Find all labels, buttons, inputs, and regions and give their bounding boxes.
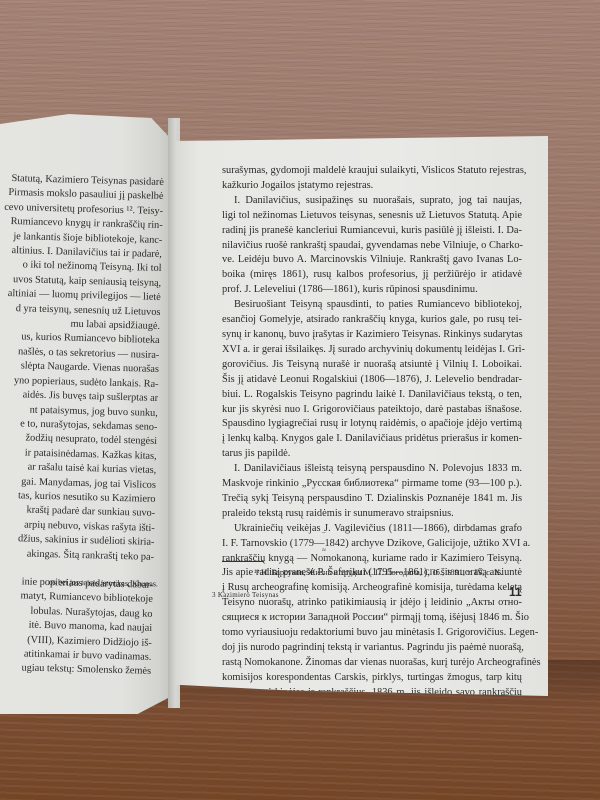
- text-line: komisijos korespondentas Carskis, pirkly…: [222, 671, 522, 686]
- text-line: rankraščių knygą — Nomokanoną, kuriame r…: [222, 552, 522, 567]
- text-line: Maskvoje rinkinio „Русская библиотека“ p…: [222, 477, 522, 492]
- text-line: Besiruošiant Teisyną spausdinti, to pati…: [222, 298, 522, 313]
- text-line: į lenkų kalbą. Knygos gale I. Danilaviči…: [222, 432, 522, 447]
- text-line: Ukrainiečių veikėjas J. Vagilevičius (18…: [222, 522, 522, 537]
- right-page-body-text: surašymas, gydomoji maldelė kraujui sula…: [222, 164, 522, 696]
- text-line: сящиеся к истории Западной России“ pirmą…: [222, 611, 522, 626]
- text-line: boika (miręs 1861), rusų kalbos profesor…: [222, 268, 522, 283]
- text-line: Šis jį atidavė Leonui Rogalskiui (1806—1…: [222, 373, 522, 388]
- text-line: XVI a. ir gerai išsilaikęs. Jį surado ar…: [222, 343, 522, 358]
- text-line: kur jis skyrėsi nuo I. Grigorovičiaus pa…: [222, 403, 522, 418]
- text-line: ve. Leidėju buvo A. Marcinovskis Vilniuj…: [222, 253, 522, 268]
- text-line: ligi tol nežinomas Lietuvos teisynas, se…: [222, 209, 522, 224]
- text-line: rastą Nomokanone. Žinomas dar vienas nuo…: [222, 656, 522, 671]
- text-line: praleido tekstą rusų raidėmis ir sunumer…: [222, 507, 522, 522]
- right-page-footnote: ¹³ Н. Барсуков, Жизнь и труды М. П. Пого…: [254, 568, 502, 577]
- text-line: Trečią sykį Teisyną perspausdino T. Dzia…: [222, 492, 522, 507]
- text-line: doj jis nurodo pagrindinį tekstą ir vari…: [222, 641, 522, 656]
- text-line: radinį jis pranešė kancleriui Rumiancevu…: [222, 224, 522, 239]
- text-line: gorovičius. Jis Teisyną nurašė ir nuoraš…: [222, 358, 522, 373]
- page-number: 11: [509, 585, 522, 599]
- text-line: I. F. Tarnovskio (1779—1842) archyve Dzi…: [222, 537, 522, 552]
- printer-signature: 3 Kazimiero Teisynas: [212, 591, 279, 599]
- text-line: synų ir kanonų, buvo įrašytas ir Kazimie…: [222, 328, 522, 343]
- text-line: I. Danilavičiaus išleistą teisyną perspa…: [222, 462, 522, 477]
- text-line: Spausdino lygiagrečiai rusų ir lotynų ra…: [222, 417, 522, 432]
- text-line: tarus jis papildė.: [222, 447, 522, 462]
- text-line: kažkurio Jogailos įstatymo rejestras.: [222, 179, 522, 194]
- text-line: ugiau tekstų: Smolensko žemės: [0, 661, 151, 680]
- text-line: nilavičius ruošė rankraštį spaudai, gyve…: [222, 239, 522, 254]
- left-page-body-text: Statutą, Kazimiero Teisynas pasidarėPirm…: [0, 172, 164, 680]
- text-line: tomo vyriausiuoju redaktoriumi buvo jau …: [222, 626, 522, 641]
- right-page: –≈ surašymas, gydomoji maldelė kraujui s…: [176, 136, 548, 696]
- text-line: prof. J. Leleveliui (1786—1861), kuris r…: [222, 283, 522, 298]
- text-line: biui. L. Rogalskis Teisyno pagrindu laik…: [222, 388, 522, 403]
- left-page: Statutą, Kazimiero Teisynas pasidarėPirm…: [0, 114, 172, 714]
- text-line: surašymas, gydomoji maldelė kraujui sula…: [222, 164, 522, 179]
- footnote-rule: [222, 561, 264, 562]
- text-line: esančioj Gomelyje, atsirado rankraščių k…: [222, 313, 522, 328]
- text-line: I. Danilavičius, susipažinęs su nuorašai…: [222, 194, 522, 209]
